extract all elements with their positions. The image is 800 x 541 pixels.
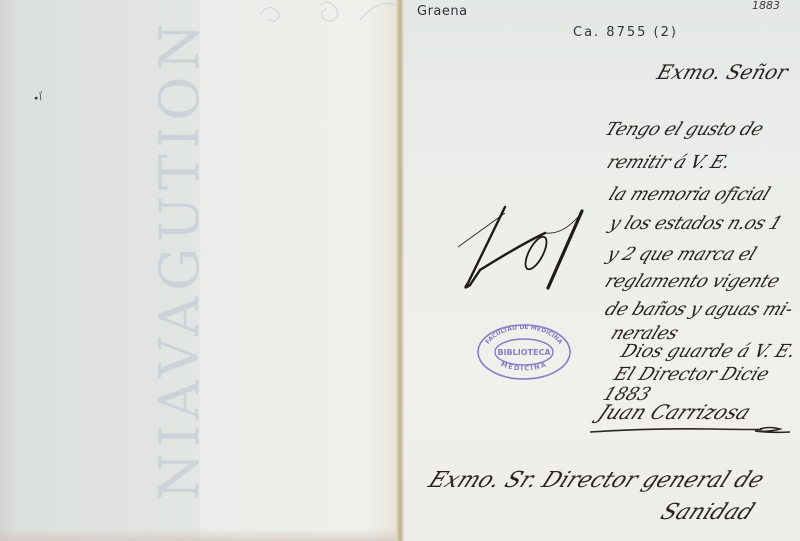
signature-flourish-icon xyxy=(590,426,795,434)
letter-body-line: y 2 que marca el xyxy=(604,244,760,265)
letter-signature: Juan Carrizosa xyxy=(594,400,755,424)
archive-shelfmark: Ca. 8755 (2) xyxy=(573,25,678,40)
svg-text:MEDICINA: MEDICINA xyxy=(500,360,549,372)
library-stamp: FACULTAD DE MEDICINA BIBLIOTECA MEDICINA xyxy=(476,323,572,381)
left-page-edge-stain xyxy=(0,529,399,541)
left-page: NIAVAGUTION ∙/′ xyxy=(0,0,399,541)
watermark-text: NIAVAGUTION xyxy=(148,60,208,500)
stamp-outer-top-text: FACULTAD DE MEDICINA xyxy=(484,324,564,346)
letter-body-line: remitir á V. E. xyxy=(604,152,734,173)
stamp-center-text: BIBLIOTECA xyxy=(497,348,551,357)
stamp-outer-bottom-text: MEDICINA xyxy=(500,360,549,372)
letter-body-line: reglamento vigente xyxy=(602,271,783,292)
archive-place-label: Graena xyxy=(417,4,468,19)
letter-body-line: la memoria oficial xyxy=(606,184,773,205)
letter-closing-line: Dios guarde á V. E. m. a. xyxy=(618,341,800,362)
center-fold xyxy=(396,0,404,541)
addressee-line: Sanidad xyxy=(656,500,758,525)
addressee-line: Exmo. Sr. Director general de xyxy=(424,468,768,493)
document-spread: NIAVAGUTION ∙/′ Graena 1883 Ca. 8755 (2)… xyxy=(0,0,800,541)
letter-body-line: y los estados n.os 1 xyxy=(606,213,786,234)
letter-closing-line: El Director Dicie xyxy=(611,364,773,385)
archive-year-label: 1883 xyxy=(752,0,780,12)
svg-text:FACULTAD DE MEDICINA: FACULTAD DE MEDICINA xyxy=(484,324,564,346)
letter-salutation: Exmo. Señor xyxy=(654,60,791,84)
letter-body-line: Tengo el gusto de xyxy=(602,119,767,140)
folio-number-101: 101 xyxy=(450,195,590,295)
letter-body-line: de baños y aguas mi- xyxy=(602,299,796,320)
